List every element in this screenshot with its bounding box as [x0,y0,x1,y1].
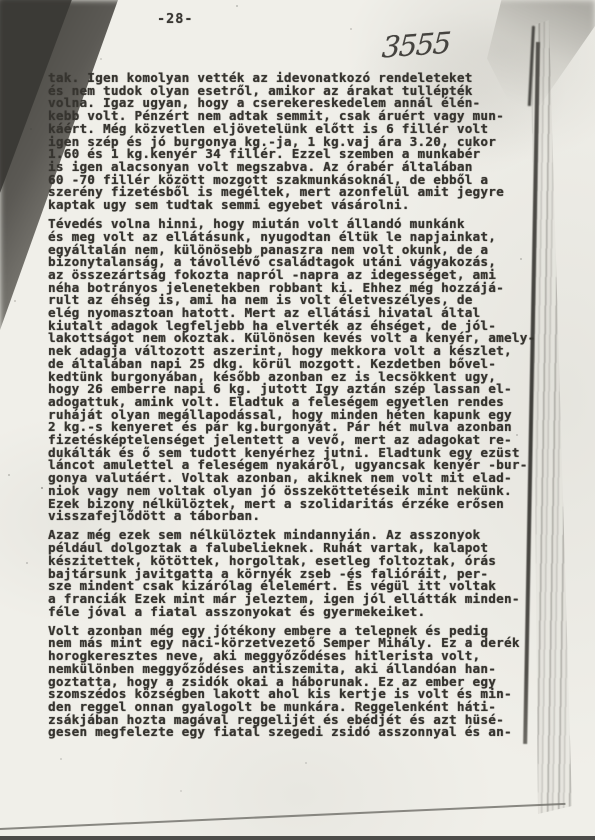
typewritten-body: tak. Igen komolyan vették az idevonatkoz… [48,72,593,745]
paragraph: tak. Igen komolyan vették az idevonatkoz… [48,72,593,212]
scan-speckles [0,0,2,2]
paper-edge-diagonal-bottom [0,803,565,830]
paragraph: Tévedés volna hinni, hogy miután volt ál… [48,218,593,523]
scan-strip-bottom [0,836,595,840]
page-number: -28- [157,11,194,27]
scanned-document-page: -28- 3555 tak. Igen komolyan vették az i… [0,0,595,840]
paragraph: Azaz még ezek sem nélkülöztek mindannyiá… [48,529,593,618]
paragraph: Volt azonban még egy jótékony embere a t… [48,625,593,739]
handwritten-number: 3555 [381,26,451,65]
